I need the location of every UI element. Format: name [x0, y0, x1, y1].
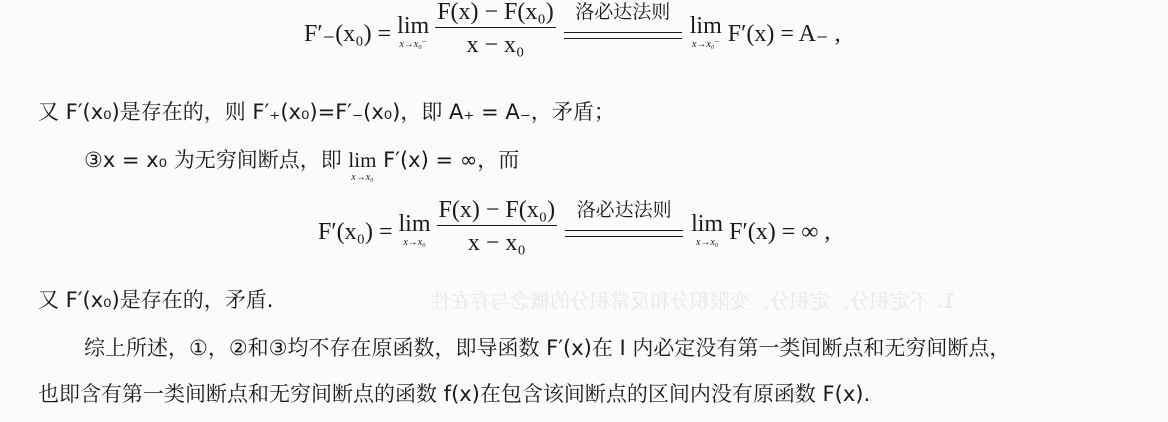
line3-limit: lim x→x₀ [348, 150, 376, 183]
eq2-rhs-limit: lim x→x₀ [691, 212, 723, 248]
paragraph-line-7: 也即含有第一类间断点和无穷间断点的函数 f(x)在包含该间断点的区间内没有原函数… [38, 384, 870, 405]
eq2-lhopital-rule: 洛必达法则 [565, 230, 683, 237]
eq2-rhs: F′(x) = ∞ , [729, 219, 830, 245]
eq2-fraction: F(x) − F(x₀) x − x₀ [437, 198, 558, 255]
paragraph-line-2: 又 F′(x₀)是存在的，则 F′₊(x₀)=F′₋(x₀)，即 A₊ = A₋… [38, 102, 615, 123]
eq1-fraction: F(x) − F(x₀) x − x₀ [435, 0, 556, 57]
eq1-lhs: F′₋(x₀) [304, 21, 372, 47]
eq2-lhs: F′(x₀) [318, 219, 373, 245]
equation-derivative: F′(x₀) = lim x→x₀ F(x) − F(x₀) x − x₀ 洛必… [318, 212, 830, 255]
paragraph-line-3: ③x = x₀ 为无穷间断点，即 lim x→x₀ F′(x) = ∞，而 [84, 150, 519, 183]
eq1-lhopital-rule: 洛必达法则 [564, 32, 682, 39]
eq1-rhs-limit: lim x→x₀⁻ [690, 14, 722, 50]
eq2-limit: lim x→x₀ [399, 212, 431, 248]
paragraph-line-6: 综上所述，①，②和③均不存在原函数，即导函数 F′(x)在 I 内必定没有第一类… [84, 338, 1010, 359]
eq1-limit: lim x→x₀⁻ [397, 14, 429, 50]
paragraph-line-5: 又 F′(x₀)是存在的，矛盾. [38, 290, 273, 311]
bleed-through-text: 1. 不定积分、定积分、变限积分和反常积分的概念与存在性 [430, 285, 955, 314]
eq1-rhs: F′(x) = A₋ , [728, 21, 841, 47]
equation-left-derivative: F′₋(x₀) = lim x→x₀⁻ F(x) − F(x₀) x − x₀ … [304, 14, 841, 57]
